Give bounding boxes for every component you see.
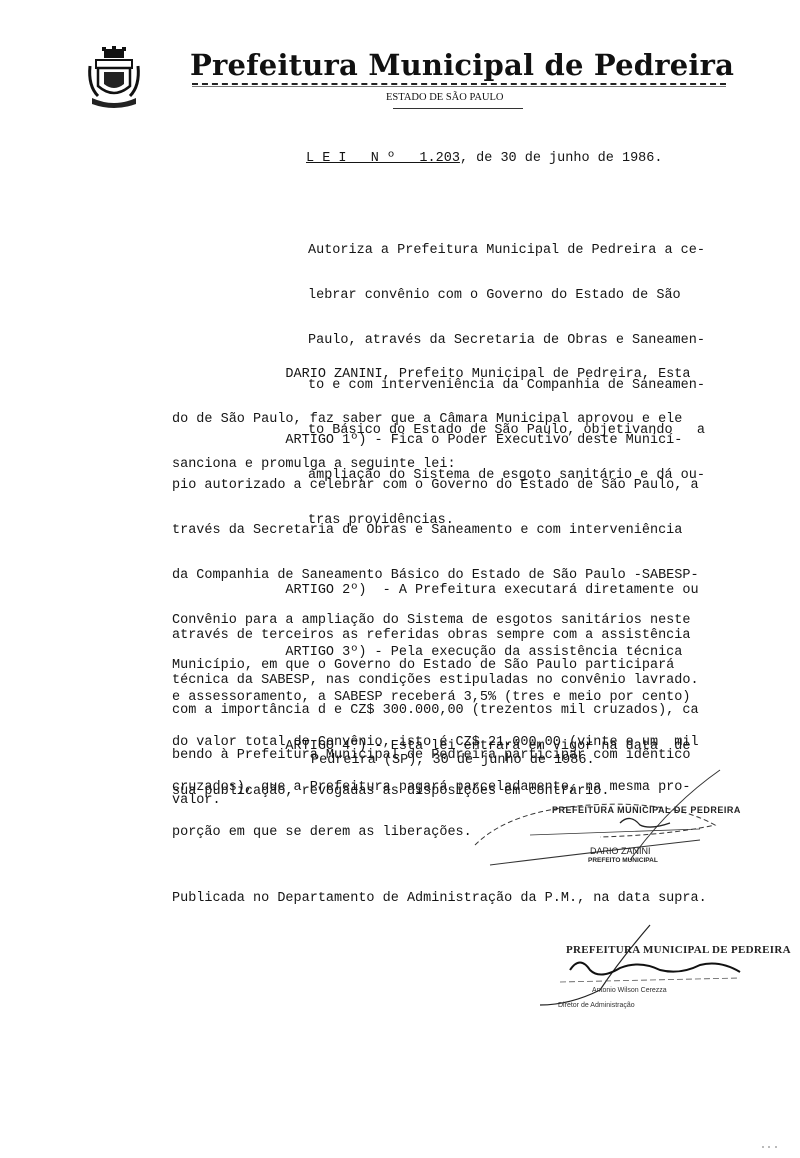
text-line: ARTIGO 4º) - Esta lei entrará em vigor n…: [172, 739, 690, 754]
letterhead-rule: [192, 83, 726, 85]
letterhead-rule-thin: [192, 86, 726, 87]
text-line: ARTIGO 1º) - Fica o Poder Executivo dest…: [172, 433, 699, 448]
text-line: DARIO ZANINI, Prefeito Municipal de Pedr…: [172, 367, 690, 382]
law-date: , de 30 de junho de 1986.: [460, 151, 663, 166]
letterhead-title: Prefeitura Municipal de Pedreira: [190, 48, 730, 82]
subtitle-rule: [393, 108, 523, 109]
mayor-name: DARIO ZANINI: [590, 846, 651, 856]
law-number: L E I N º 1.203: [306, 151, 460, 166]
text-line: través da Secretaria de Obras e Saneamen…: [172, 523, 699, 538]
ementa-line: Autoriza a Prefeitura Municipal de Pedre…: [308, 243, 705, 258]
director-role: Diretor de Administração: [558, 1002, 635, 1009]
mayor-stamp: PREFEITURA MUNICIPAL DE PEDREIRA: [552, 805, 741, 815]
letterhead-subtitle: ESTADO DE SÃO PAULO: [386, 92, 546, 103]
director-stamp: PREFEITURA MUNICIPAL DE PEDREIRA: [566, 944, 791, 956]
text-line: pio autorizado a celebrar com o Governo …: [172, 478, 699, 493]
text-line: ARTIGO 2º) - A Prefeitura executará dire…: [172, 583, 699, 598]
text-line: ARTIGO 3º) - Pela execução da assistênci…: [172, 645, 699, 660]
text-line: e assessoramento, a SABESP receberá 3,5%…: [172, 690, 699, 705]
scan-specks: [762, 1146, 782, 1150]
coat-of-arms-icon: [86, 46, 142, 108]
mayor-role: PREFEITO MUNICIPAL: [588, 857, 658, 864]
publication-note: Publicada no Departamento de Administraç…: [172, 891, 707, 906]
law-title: L E I N º 1.203, de 30 de junho de 1986.: [306, 151, 662, 166]
ementa-line: lebrar convênio com o Governo do Estado …: [308, 288, 705, 303]
director-name: Antonio Wilson Cerezza: [592, 987, 667, 994]
document-page: Prefeitura Municipal de Pedreira ESTADO …: [0, 0, 800, 1158]
